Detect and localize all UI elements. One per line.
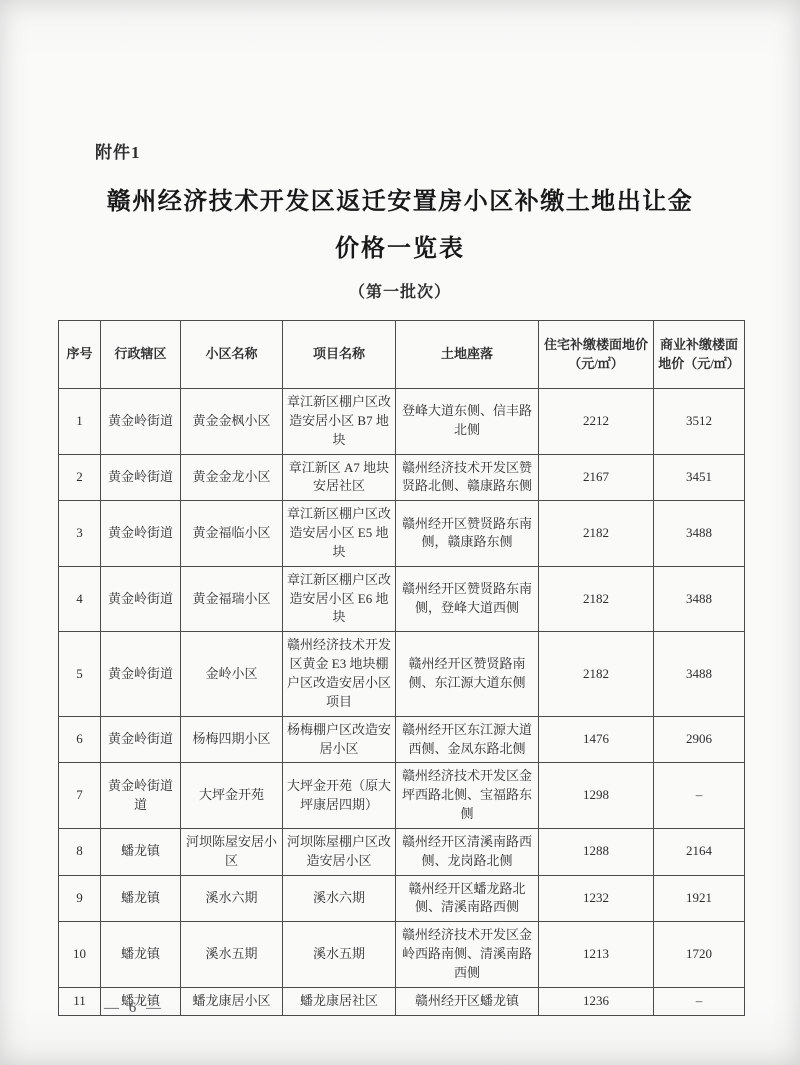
table-cell: 黄金岭街道 <box>101 389 181 455</box>
table-cell: 赣州经济技术开发区金岭西路南侧、清溪南路西侧 <box>396 922 539 988</box>
table-row: 10蟠龙镇溪水五期溪水五期赣州经济技术开发区金岭西路南侧、清溪南路西侧12131… <box>59 922 745 988</box>
table-cell: 1476 <box>539 716 654 763</box>
table-row: 8蟠龙镇河坝陈屋安居小区河坝陈屋棚户区改造安居小区赣州经开区清溪南路西侧、龙岗路… <box>59 828 745 875</box>
table-cell: 杨梅棚户区改造安居小区 <box>283 716 396 763</box>
table-cell: 5 <box>59 632 101 716</box>
table-cell: 1720 <box>654 922 745 988</box>
column-header: 行政辖区 <box>101 321 181 389</box>
table-cell: 黄金岭街道 <box>101 566 181 632</box>
table-row: 5黄金岭街道金岭小区赣州经济技术开发区黄金 E3 地块棚户区改造安居小区项目赣州… <box>59 632 745 716</box>
table-cell: 黄金岭街道 <box>101 501 181 567</box>
table-cell: – <box>654 987 745 1015</box>
column-header: 商业补缴楼面地价（元/㎡） <box>654 321 745 389</box>
table-cell: 4 <box>59 566 101 632</box>
table-cell: 11 <box>59 987 101 1015</box>
land-price-table: 序号行政辖区小区名称项目名称土地座落住宅补缴楼面地价（元/㎡）商业补缴楼面地价（… <box>58 320 745 1016</box>
table-row: 1黄金岭街道黄金金枫小区章江新区棚户区改造安居小区 B7 地块登峰大道东侧、信丰… <box>59 389 745 455</box>
table-cell: 黄金福临小区 <box>181 501 283 567</box>
document-title-line2: 价格一览表 <box>0 228 800 263</box>
table-cell: 蟠龙镇 <box>101 922 181 988</box>
table-cell: 3512 <box>654 389 745 455</box>
table-cell: 1298 <box>539 763 654 829</box>
table-cell: 1213 <box>539 922 654 988</box>
table-cell: 章江新区棚户区改造安居小区 E5 地块 <box>283 501 396 567</box>
table-cell: 赣州经济技术开发区金坪西路北侧、宝福路东侧 <box>396 763 539 829</box>
table-cell: 黄金岭街道 <box>101 454 181 501</box>
table-cell: 杨梅四期小区 <box>181 716 283 763</box>
table-cell: 1921 <box>654 875 745 922</box>
table-cell: 10 <box>59 922 101 988</box>
document-title-line1: 赣州经济技术开发区返迁安置房小区补缴土地出让金 <box>0 181 800 216</box>
table-cell: 章江新区棚户区改造安居小区 B7 地块 <box>283 389 396 455</box>
table-cell: 3488 <box>654 501 745 567</box>
table-cell: 1232 <box>539 875 654 922</box>
table-row: 7黄金岭街道道大坪金开苑大坪金开苑（原大坪康居四期）赣州经济技术开发区金坪西路北… <box>59 763 745 829</box>
table-cell: 黄金岭街道道 <box>101 763 181 829</box>
table-cell: – <box>654 763 745 829</box>
table-cell: 溪水五期 <box>283 922 396 988</box>
table-cell: 蟠龙镇 <box>101 828 181 875</box>
table-cell: 溪水六期 <box>181 875 283 922</box>
table-cell: 6 <box>59 716 101 763</box>
table-row: 2黄金岭街道黄金金龙小区章江新区 A7 地块安居社区赣州经济技术开发区赞贤路北侧… <box>59 454 745 501</box>
table-cell: 大坪金开苑（原大坪康居四期） <box>283 763 396 829</box>
table-cell: 1288 <box>539 828 654 875</box>
table-cell: 3451 <box>654 454 745 501</box>
table-cell: 2182 <box>539 501 654 567</box>
table-cell: 蟠龙康居社区 <box>283 987 396 1015</box>
table-cell: 赣州经开区蟠龙镇 <box>396 987 539 1015</box>
table-cell: 2 <box>59 454 101 501</box>
table-cell: 1236 <box>539 987 654 1015</box>
table-cell: 赣州经开区赞贤路东南侧，赣康路东侧 <box>396 501 539 567</box>
table-cell: 2182 <box>539 632 654 716</box>
table-cell: 黄金金枫小区 <box>181 389 283 455</box>
table-cell: 大坪金开苑 <box>181 763 283 829</box>
table-cell: 赣州经开区赞贤路东南侧，登峰大道西侧 <box>396 566 539 632</box>
table-header-row: 序号行政辖区小区名称项目名称土地座落住宅补缴楼面地价（元/㎡）商业补缴楼面地价（… <box>59 321 745 389</box>
column-header: 项目名称 <box>283 321 396 389</box>
column-header: 序号 <box>59 321 101 389</box>
table-cell: 黄金福瑞小区 <box>181 566 283 632</box>
table-cell: 黄金岭街道 <box>101 632 181 716</box>
document-subtitle-batch: （第一批次） <box>0 279 800 302</box>
table-cell: 3488 <box>654 632 745 716</box>
table-cell: 章江新区棚户区改造安居小区 E6 地块 <box>283 566 396 632</box>
table-cell: 河坝陈屋安居小区 <box>181 828 283 875</box>
table-cell: 蟠龙镇 <box>101 875 181 922</box>
table-cell: 登峰大道东侧、信丰路北侧 <box>396 389 539 455</box>
table-cell: 河坝陈屋棚户区改造安居小区 <box>283 828 396 875</box>
table-cell: 溪水六期 <box>283 875 396 922</box>
table-cell: 3488 <box>654 566 745 632</box>
column-header: 住宅补缴楼面地价（元/㎡） <box>539 321 654 389</box>
table-cell: 蟠龙康居小区 <box>181 987 283 1015</box>
table-cell: 金岭小区 <box>181 632 283 716</box>
table-cell: 溪水五期 <box>181 922 283 988</box>
column-header: 土地座落 <box>396 321 539 389</box>
table-cell: 7 <box>59 763 101 829</box>
table-row: 9蟠龙镇溪水六期溪水六期赣州经开区蟠龙路北侧、清溪南路西侧12321921 <box>59 875 745 922</box>
table-row: 3黄金岭街道黄金福临小区章江新区棚户区改造安居小区 E5 地块赣州经开区赞贤路东… <box>59 501 745 567</box>
table-cell: 赣州经开区清溪南路西侧、龙岗路北侧 <box>396 828 539 875</box>
table-cell: 9 <box>59 875 101 922</box>
table-cell: 赣州经济技术开发区赞贤路北侧、赣康路东侧 <box>396 454 539 501</box>
table-cell: 赣州经开区赞贤路南侧、东江源大道东侧 <box>396 632 539 716</box>
table-cell: 黄金岭街道 <box>101 716 181 763</box>
attachment-label: 附件1 <box>95 0 800 163</box>
table-cell: 2167 <box>539 454 654 501</box>
table-cell: 1 <box>59 389 101 455</box>
table-cell: 赣州经济技术开发区黄金 E3 地块棚户区改造安居小区项目 <box>283 632 396 716</box>
table-cell: 8 <box>59 828 101 875</box>
table-row: 4黄金岭街道黄金福瑞小区章江新区棚户区改造安居小区 E6 地块赣州经开区赞贤路东… <box>59 566 745 632</box>
table-cell: 赣州经开区蟠龙路北侧、清溪南路西侧 <box>396 875 539 922</box>
table-row: 6黄金岭街道杨梅四期小区杨梅棚户区改造安居小区赣州经开区东江源大道西侧、金凤东路… <box>59 716 745 763</box>
column-header: 小区名称 <box>181 321 283 389</box>
page-number: — 6 — <box>104 1000 164 1017</box>
table-cell: 2212 <box>539 389 654 455</box>
table-cell: 3 <box>59 501 101 567</box>
table-cell: 章江新区 A7 地块安居社区 <box>283 454 396 501</box>
table-cell: 2164 <box>654 828 745 875</box>
table-cell: 2182 <box>539 566 654 632</box>
table-cell: 赣州经开区东江源大道西侧、金凤东路北侧 <box>396 716 539 763</box>
scanned-document-page: 附件1 赣州经济技术开发区返迁安置房小区补缴土地出让金 价格一览表 （第一批次）… <box>0 0 800 1065</box>
table-cell: 黄金金龙小区 <box>181 454 283 501</box>
table-cell: 2906 <box>654 716 745 763</box>
